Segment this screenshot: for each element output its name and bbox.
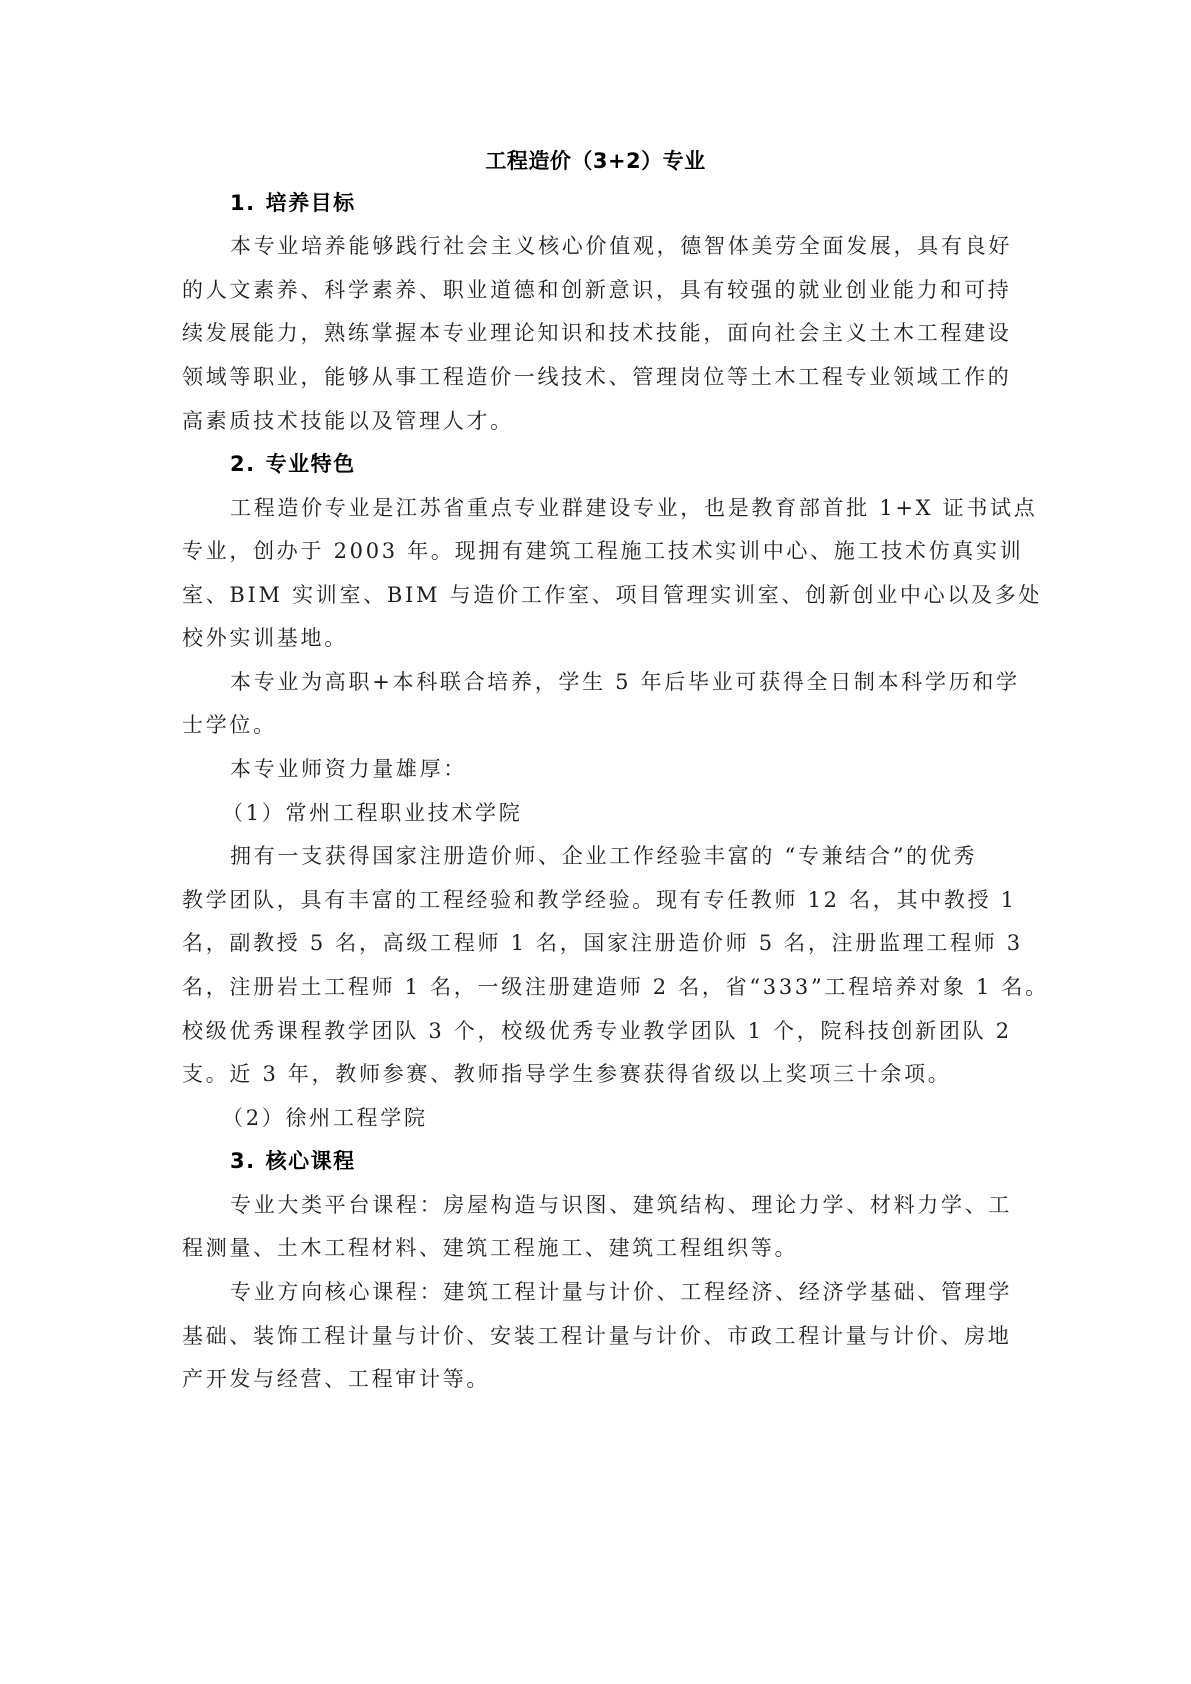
section-heading-program-features: 2.专业特色	[230, 446, 356, 482]
paragraph-line: 支。近 3 年，教师参赛、教师指导学生参赛获得省级以上奖项三十余项。	[182, 1056, 1012, 1092]
paragraph-line: 名，副教授 5 名，高级工程师 1 名，国家注册造价师 5 名，注册监理工程师 …	[182, 925, 1012, 961]
section-number: 3.	[230, 1149, 256, 1173]
section-heading-training-goals: 1.培养目标	[230, 185, 356, 221]
paragraph-line: 专业方向核心课程：建筑工程计量与计价、工程经济、经济学基础、管理学	[230, 1274, 1012, 1310]
paragraph-line: 高素质技术技能以及管理人才。	[182, 403, 1012, 439]
section-number: 1.	[230, 191, 256, 215]
paragraph-line: 室、BIM 实训室、BIM 与造价工作室、项目管理实训室、创新创业中心以及多处	[182, 577, 1012, 613]
paragraph-line: 续发展能力，熟练掌握本专业理论知识和技术技能，面向社会主义土木工程建设	[182, 315, 1012, 351]
paragraph-line: 本专业培养能够践行社会主义核心价值观，德智体美劳全面发展，具有良好	[230, 228, 1012, 264]
paragraph-line: 工程造价专业是江苏省重点专业群建设专业，也是教育部首批 1+X 证书试点	[230, 490, 1012, 526]
paragraph-line: 拥有一支获得国家注册造价师、企业工作经验丰富的 “专兼结合”的优秀	[230, 838, 1012, 874]
paragraph-line: 教学团队，具有丰富的工程经验和教学经验。现有专任教师 12 名，其中教授 1	[182, 882, 1012, 918]
paragraph-line: 的人文素养、科学素养、职业道德和创新意识，具有较强的就业创业能力和可持	[182, 272, 1012, 308]
paragraph-line: 专业，创办于 2003 年。现拥有建筑工程施工技术实训中心、施工技术仿真实训	[182, 533, 1012, 569]
paragraph-line: 校级优秀课程教学团队 3 个，校级优秀专业教学团队 1 个，院科技创新团队 2	[182, 1013, 1012, 1049]
paragraph-line: 校外实训基地。	[182, 620, 1012, 656]
section-heading-core-courses: 3.核心课程	[230, 1143, 356, 1179]
paragraph-line: 领域等职业，能够从事工程造价一线技术、管理岗位等土木工程专业领域工作的	[182, 359, 1012, 395]
paragraph-line: 本专业为高职+本科联合培养，学生 5 年后毕业可获得全日制本科学历和学	[230, 664, 1012, 700]
section-title: 专业特色	[266, 452, 356, 476]
section-title: 培养目标	[266, 191, 356, 215]
subsection-heading-xuzhou: （2）徐州工程学院	[222, 1100, 1052, 1136]
paragraph-line: 本专业师资力量雄厚：	[230, 751, 1012, 787]
document-page: 工程造价（3+2）专业 1.培养目标 本专业培养能够践行社会主义核心价值观，德智…	[0, 0, 1191, 1684]
section-title: 核心课程	[266, 1149, 356, 1173]
section-number: 2.	[230, 452, 256, 476]
paragraph-line: 名，注册岩土工程师 1 名，一级注册建造师 2 名，省“333”工程培养对象 1…	[182, 969, 1012, 1005]
paragraph-line: 专业大类平台课程：房屋构造与识图、建筑结构、理论力学、材料力学、工	[230, 1187, 1012, 1223]
paragraph-line: 产开发与经营、工程审计等。	[182, 1361, 1012, 1397]
paragraph-line: 程测量、土木工程材料、建筑工程施工、建筑工程组织等。	[182, 1230, 1012, 1266]
paragraph-line: 士学位。	[182, 707, 1012, 743]
paragraph-line: 基础、装饰工程计量与计价、安装工程计量与计价、市政工程计量与计价、房地	[182, 1318, 1012, 1354]
page-title: 工程造价（3+2）专业	[0, 143, 1191, 179]
subsection-heading-changzhou: （1）常州工程职业技术学院	[222, 795, 1052, 831]
